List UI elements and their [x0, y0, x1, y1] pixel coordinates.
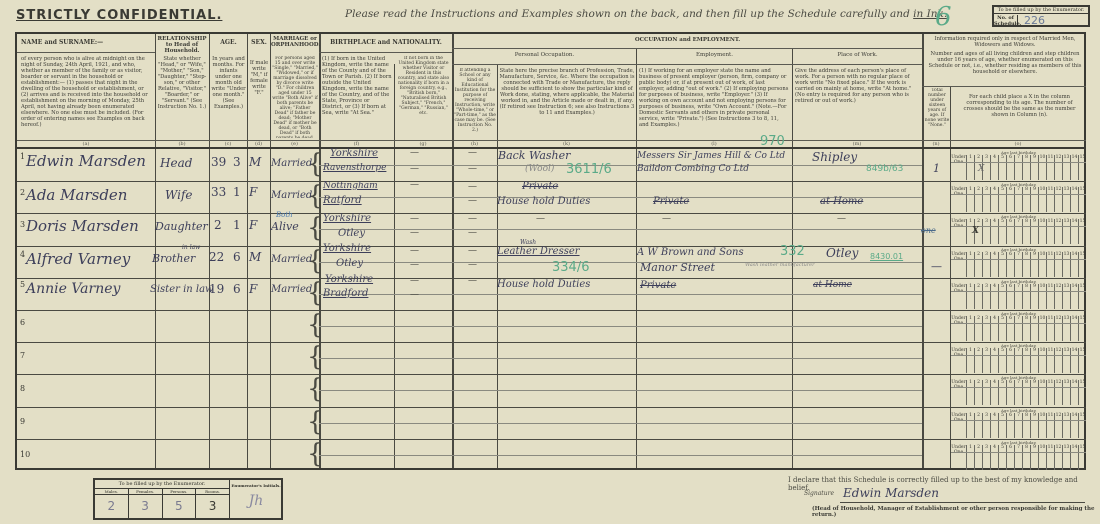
occupation[interactable]: Back Washer	[498, 149, 570, 162]
occupation-note: Wash	[520, 239, 536, 246]
occupation[interactable]: House hold Duties	[497, 196, 590, 207]
age-months[interactable]: 3	[233, 155, 241, 169]
enumerator-initials[interactable]: Jh	[231, 488, 281, 509]
nationality[interactable]: —	[410, 260, 419, 270]
children-total[interactable]: one	[921, 226, 936, 235]
nationality[interactable]: —	[410, 276, 419, 286]
occupation-struck[interactable]: Private	[522, 181, 558, 192]
row-number: 10	[20, 450, 30, 459]
marriage-status[interactable]: Alive	[271, 220, 299, 233]
enumerator-initials-label: Enumerator's Initials.	[231, 480, 281, 488]
nationality[interactable]: —	[410, 214, 419, 224]
relationship[interactable]: Daughter	[155, 220, 208, 233]
workplace-code: 8430.01	[870, 252, 903, 261]
employer[interactable]: Private	[640, 280, 676, 291]
place-of-work[interactable]: Shipley	[812, 150, 857, 164]
declaration-text: I declare that this Schedule is correctl…	[788, 476, 1100, 492]
row-number: 5	[20, 280, 25, 289]
birthplace-county[interactable]: Yorkshire	[330, 148, 378, 159]
marriage-status[interactable]: Married	[271, 190, 312, 201]
females-count[interactable]: 3	[129, 495, 162, 517]
school[interactable]: —	[468, 196, 477, 206]
school[interactable]: —	[468, 228, 477, 238]
workplace-code: 849b/63	[866, 164, 903, 174]
employer-note: Wash leather manufacturer	[745, 262, 815, 268]
children-total[interactable]: —	[931, 260, 942, 273]
person-name[interactable]: Ada Marsden	[26, 186, 127, 204]
birthplace-town[interactable]: Otley	[336, 258, 363, 269]
age-years[interactable]: 33	[211, 185, 226, 199]
marriage-status[interactable]: Married	[271, 284, 312, 295]
occupation[interactable]: —	[536, 214, 545, 224]
signature[interactable]: Edwin Marsden	[843, 486, 939, 500]
males-cell: Males.2	[95, 489, 129, 518]
occupation-code: 3611/6	[566, 162, 612, 177]
birthplace-town[interactable]: Otley	[338, 228, 365, 239]
employment-code: 970	[760, 134, 785, 149]
relationship[interactable]: Wife	[165, 188, 193, 202]
place-of-work[interactable]: Otley	[826, 246, 858, 260]
place-of-work[interactable]: at Home	[820, 196, 863, 207]
females-cell: Females.3	[129, 489, 163, 518]
rooms-cell: Rooms.3	[196, 489, 229, 518]
sex[interactable]: M	[249, 250, 261, 264]
row-number: 1	[20, 152, 25, 161]
marriage-note: Both	[276, 211, 293, 219]
employer[interactable]: Messers Sir James Hill & Co Ltd	[637, 151, 785, 161]
school[interactable]: —	[468, 260, 477, 270]
row-number: 2	[20, 188, 25, 197]
nationality[interactable]: —	[410, 164, 419, 174]
relationship[interactable]: Head	[160, 156, 192, 170]
relationship[interactable]: Brother	[152, 252, 195, 265]
employment-code: 332	[780, 244, 805, 259]
signature-line	[840, 502, 1085, 503]
birthplace-town[interactable]: Ravensthorpe	[323, 163, 386, 173]
person-name[interactable]: Annie Varney	[26, 281, 120, 297]
age-years[interactable]: 22	[209, 250, 224, 264]
persons-count[interactable]: 5	[163, 495, 196, 517]
nationality[interactable]: —	[410, 148, 419, 158]
entries-layer: 1 Edwin Marsden Head 39 3 M Married York…	[0, 0, 1100, 524]
birthplace-county[interactable]: Yorkshire	[323, 243, 371, 254]
birthplace-county[interactable]: Yorkshire	[325, 274, 373, 285]
birthplace-county[interactable]: Yorkshire	[323, 213, 371, 224]
place-of-work[interactable]: at Home	[813, 280, 852, 290]
relationship[interactable]: Sister in law	[150, 284, 214, 295]
nationality[interactable]: —	[410, 180, 419, 190]
school[interactable]: —	[468, 276, 477, 286]
person-name[interactable]: Doris Marsden	[26, 217, 139, 235]
school[interactable]: —	[468, 148, 477, 158]
enumerator-initials-cell: Enumerator's Initials. Jh	[231, 480, 281, 518]
row-number: 9	[20, 417, 25, 426]
school[interactable]: —	[468, 182, 477, 192]
nationality[interactable]: —	[410, 228, 419, 238]
age-months[interactable]: 1	[233, 218, 241, 232]
child-age-cross[interactable]: X	[972, 226, 979, 236]
age-months[interactable]: 1	[233, 185, 241, 199]
occupation[interactable]: Leather Dresser	[497, 246, 580, 257]
marriage-status[interactable]: Married	[271, 158, 312, 169]
marriage-status[interactable]: Married	[271, 254, 312, 265]
relationship-note: in law	[182, 244, 200, 251]
child-age-cross[interactable]: X	[978, 164, 984, 174]
age-years[interactable]: 2	[214, 218, 222, 232]
employer-line2[interactable]: Manor Street	[640, 261, 715, 274]
employer[interactable]: Private	[653, 196, 689, 207]
sex[interactable]: F	[249, 218, 257, 232]
birthplace-town[interactable]: Ratford	[323, 195, 362, 206]
person-name[interactable]: Alfred Varney	[26, 250, 130, 268]
nationality[interactable]: —	[410, 290, 419, 300]
row-number: 6	[20, 318, 25, 327]
place-of-work[interactable]: —	[837, 214, 846, 224]
school[interactable]: —	[468, 164, 477, 174]
occupation-detail[interactable]: (Wool)	[525, 164, 554, 174]
row-number: 8	[20, 384, 25, 393]
row-number: 7	[20, 351, 25, 360]
age-years[interactable]: 19	[209, 282, 224, 296]
age-years[interactable]: 39	[211, 155, 226, 169]
employer[interactable]: —	[662, 214, 671, 224]
school[interactable]: —	[468, 246, 477, 256]
birthplace-county[interactable]: Nottingham	[323, 181, 378, 191]
employer-line2[interactable]: Baildon Combing Co Ltd	[637, 164, 749, 174]
occupation-code: 334/6	[552, 260, 589, 275]
row-number: 3	[20, 220, 25, 229]
school[interactable]: —	[468, 214, 477, 224]
age-months[interactable]: 6	[233, 282, 241, 296]
sex[interactable]: F	[249, 282, 257, 296]
occupation[interactable]: House hold Duties	[497, 279, 590, 290]
signature-label: Signature	[804, 490, 834, 497]
sex[interactable]: M	[249, 155, 261, 169]
age-months[interactable]: 6	[233, 250, 241, 264]
sex[interactable]: F	[249, 185, 257, 199]
birthplace-town[interactable]: Bradford	[323, 288, 368, 299]
rooms-count[interactable]: 3	[196, 495, 229, 517]
signature-caption: (Head of Household, Manager of Establish…	[812, 506, 1100, 518]
persons-cell: Persons.5	[163, 489, 197, 518]
person-name[interactable]: Edwin Marsden	[26, 152, 146, 170]
row-number: 4	[20, 250, 25, 259]
enumerator-summary-box: To be filled up by the Enumerator. Males…	[93, 478, 283, 520]
enumerator-box-heading: To be filled up by the Enumerator.	[95, 480, 230, 489]
employer[interactable]: A W Brown and Sons	[637, 247, 744, 258]
nationality[interactable]: —	[410, 246, 419, 256]
males-count[interactable]: 2	[95, 495, 128, 517]
children-total[interactable]: 1	[933, 162, 940, 175]
